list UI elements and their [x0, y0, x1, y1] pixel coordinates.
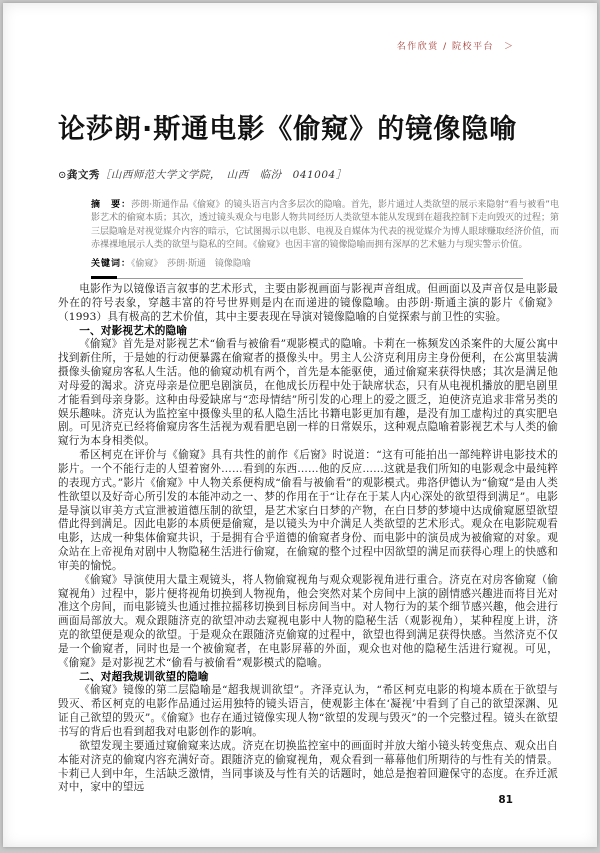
author-name: 龚文秀	[67, 169, 100, 181]
keywords-divider	[91, 277, 523, 279]
journal-page: 名作欣赏 / 院校平台 ＞ 论莎朗·斯通电影《偷窥》的镜像隐喻 ⊙龚文秀［山西师…	[3, 3, 597, 847]
body-paragraph: 电影作为以镜像语言叙事的艺术形式，主要由影视画面与影视声音组成。但画面以及声音仅…	[58, 283, 558, 325]
abstract-text: 莎朗·斯通作品《偷窥》的镜头语言内含多层次的隐喻。首先，影片通过人类欲望的展示来…	[91, 200, 559, 250]
section-heading-2: 二、对超我规训欲望的隐喻	[58, 671, 558, 685]
article-title: 论莎朗·斯通电影《偷窥》的镜像隐喻	[58, 107, 557, 146]
article-body: 电影作为以镜像语言叙事的艺术形式，主要由影视画面与影视声音组成。但画面以及声音仅…	[58, 283, 558, 795]
section-heading-1: 一、对影视艺术的隐喻	[58, 325, 558, 339]
page-number: 81	[498, 794, 513, 806]
abstract-label: 摘 要：	[91, 200, 131, 210]
chevron-right-icon: ＞	[504, 39, 513, 52]
journal-header-label: 名作欣赏 / 院校平台	[397, 39, 494, 52]
divider-black-segment	[91, 276, 117, 279]
author-marker-icon: ⊙	[58, 170, 67, 181]
author-line: ⊙龚文秀［山西师范大学文学院， 山西 临汾 041004］	[58, 167, 347, 182]
journal-header: 名作欣赏 / 院校平台 ＞	[397, 39, 513, 52]
body-paragraph: 《偷窥》首先是对影视艺术“偷看与被偷看”观影模式的隐喻。卡莉在一栋频发凶杀案件的…	[58, 338, 558, 449]
abstract-paragraph: 摘 要：莎朗·斯通作品《偷窥》的镜头语言内含多层次的隐喻。首先，影片通过人类欲望…	[91, 199, 559, 253]
body-paragraph: 欲望发现主要通过窥偷窥来达成。济克在切换监控室中的画面时并放大缩小镜头转变焦点、…	[58, 740, 558, 795]
abstract-block: 摘 要：莎朗·斯通作品《偷窥》的镜头语言内含多层次的隐喻。首先，影片通过人类欲望…	[91, 199, 559, 279]
body-paragraph: 《偷窥》镜像的第二层隐喻是“超我规训欲望”。齐泽克认为，“希区柯克电影的构境本质…	[58, 684, 558, 739]
keywords-line: 关键词：《偷窥》 莎朗·斯通 镜像隐喻	[91, 258, 559, 271]
keywords-label: 关键词：	[91, 259, 131, 269]
keywords-text: 《偷窥》 莎朗·斯通 镜像隐喻	[131, 259, 251, 269]
author-affiliation: ［山西师范大学文学院， 山西 临汾 041004］	[100, 169, 347, 181]
body-paragraph: 《偷窥》导演使用大量主观镜头，将人物偷窥视角与观众观影视角进行重合。济克在对房客…	[58, 574, 558, 671]
body-paragraph: 希区柯克在评价与《偷窥》具有共性的前作《后窗》时说道：“这有可能拍出一部纯粹讲电…	[58, 449, 558, 574]
